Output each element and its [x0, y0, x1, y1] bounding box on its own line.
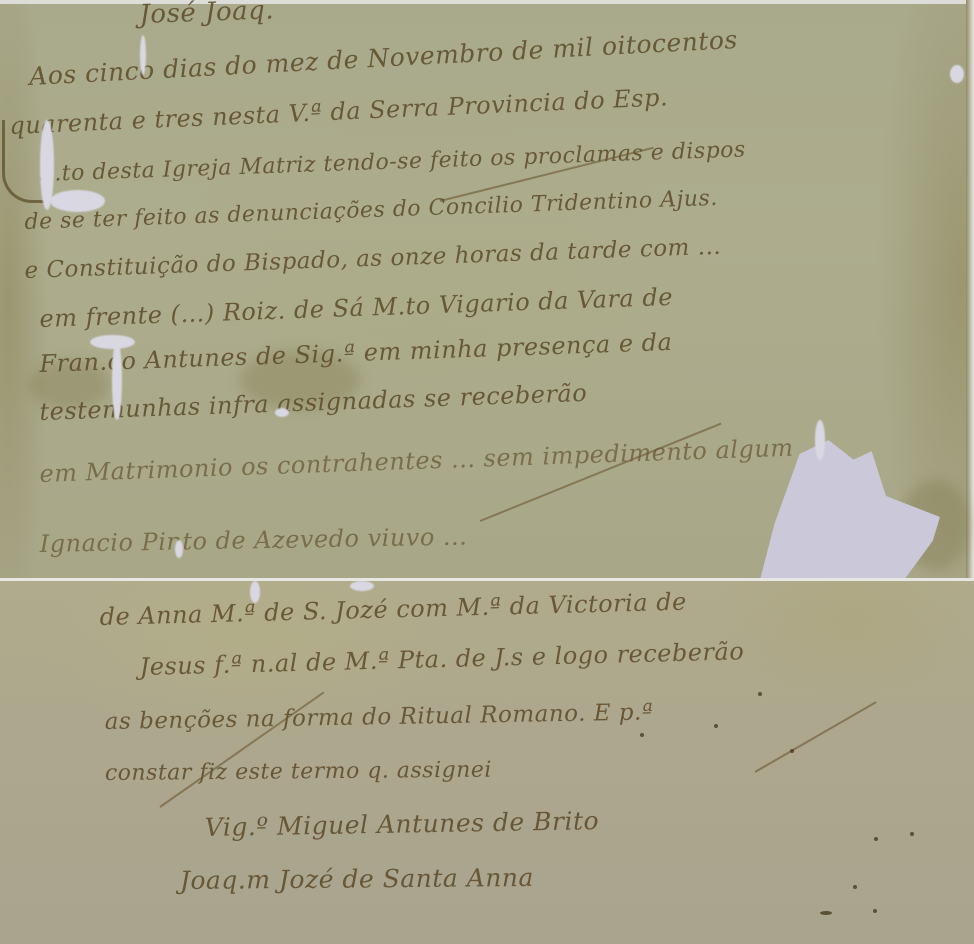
document-line: as benções na forma do Ritual Romano. E … [105, 699, 654, 735]
document-fragment-bottom: de Anna M.ª de S. Jozé com M.ª da Victor… [0, 581, 974, 944]
pen-stroke [480, 423, 722, 522]
ink-dot [790, 749, 794, 753]
pen-stroke [755, 701, 877, 773]
document-line: e Constituição do Bispado, as onze horas… [24, 234, 721, 284]
ink-dot [853, 885, 857, 889]
paper-damage [275, 408, 289, 417]
document-line: Jesus f.ª n.al de M.ª Pta. de J.s e logo… [139, 637, 744, 681]
signature-witness: Joaq.m Jozé de Santa Anna [180, 863, 534, 895]
document-line: quarenta e tres nesta V.ª da Serra Provi… [9, 83, 669, 140]
signature-vigario: Vig.º Miguel Antunes de Brito [204, 806, 599, 842]
document-line: em frente (…) Roiz. de Sá M.to Vigario d… [39, 283, 673, 333]
document-line: em Matrimonio os contrahentes ... sem im… [39, 434, 794, 488]
document-line: constar fiz este termo q. assignei [105, 758, 492, 786]
ink-dot [758, 692, 762, 696]
ink-dot [910, 832, 914, 836]
paper-edge [966, 0, 974, 578]
ink-dot [640, 733, 644, 737]
paper-damage [90, 335, 135, 349]
paper-damage [950, 65, 964, 83]
document-line: de se ter feito as denunciações do Conci… [24, 186, 718, 235]
ink-dot [873, 909, 877, 913]
paper-damage [112, 340, 122, 420]
paper-damage [50, 190, 105, 212]
ink-dot [874, 837, 878, 841]
document-line: Ignacio Pinto de Azevedo viuvo ... [40, 523, 468, 558]
ink-dot [820, 911, 832, 915]
paper-damage [140, 35, 146, 75]
document-line: José Joaq. [139, 0, 275, 30]
document-line: de Anna M.ª de S. Jozé com M.ª da Victor… [99, 588, 687, 631]
document-line: Aos cinco dias do mez de Novembro de mil… [28, 25, 738, 91]
paper-damage [175, 540, 183, 558]
ink-dot [714, 724, 718, 728]
document-line: S.to desta Igreja Matriz tendo-se feito … [39, 137, 746, 187]
paper-damage [815, 420, 825, 460]
paper-damage [350, 581, 374, 591]
document-fragment-top: José Joaq. Aos cinco dias do mez de Nove… [0, 0, 974, 578]
